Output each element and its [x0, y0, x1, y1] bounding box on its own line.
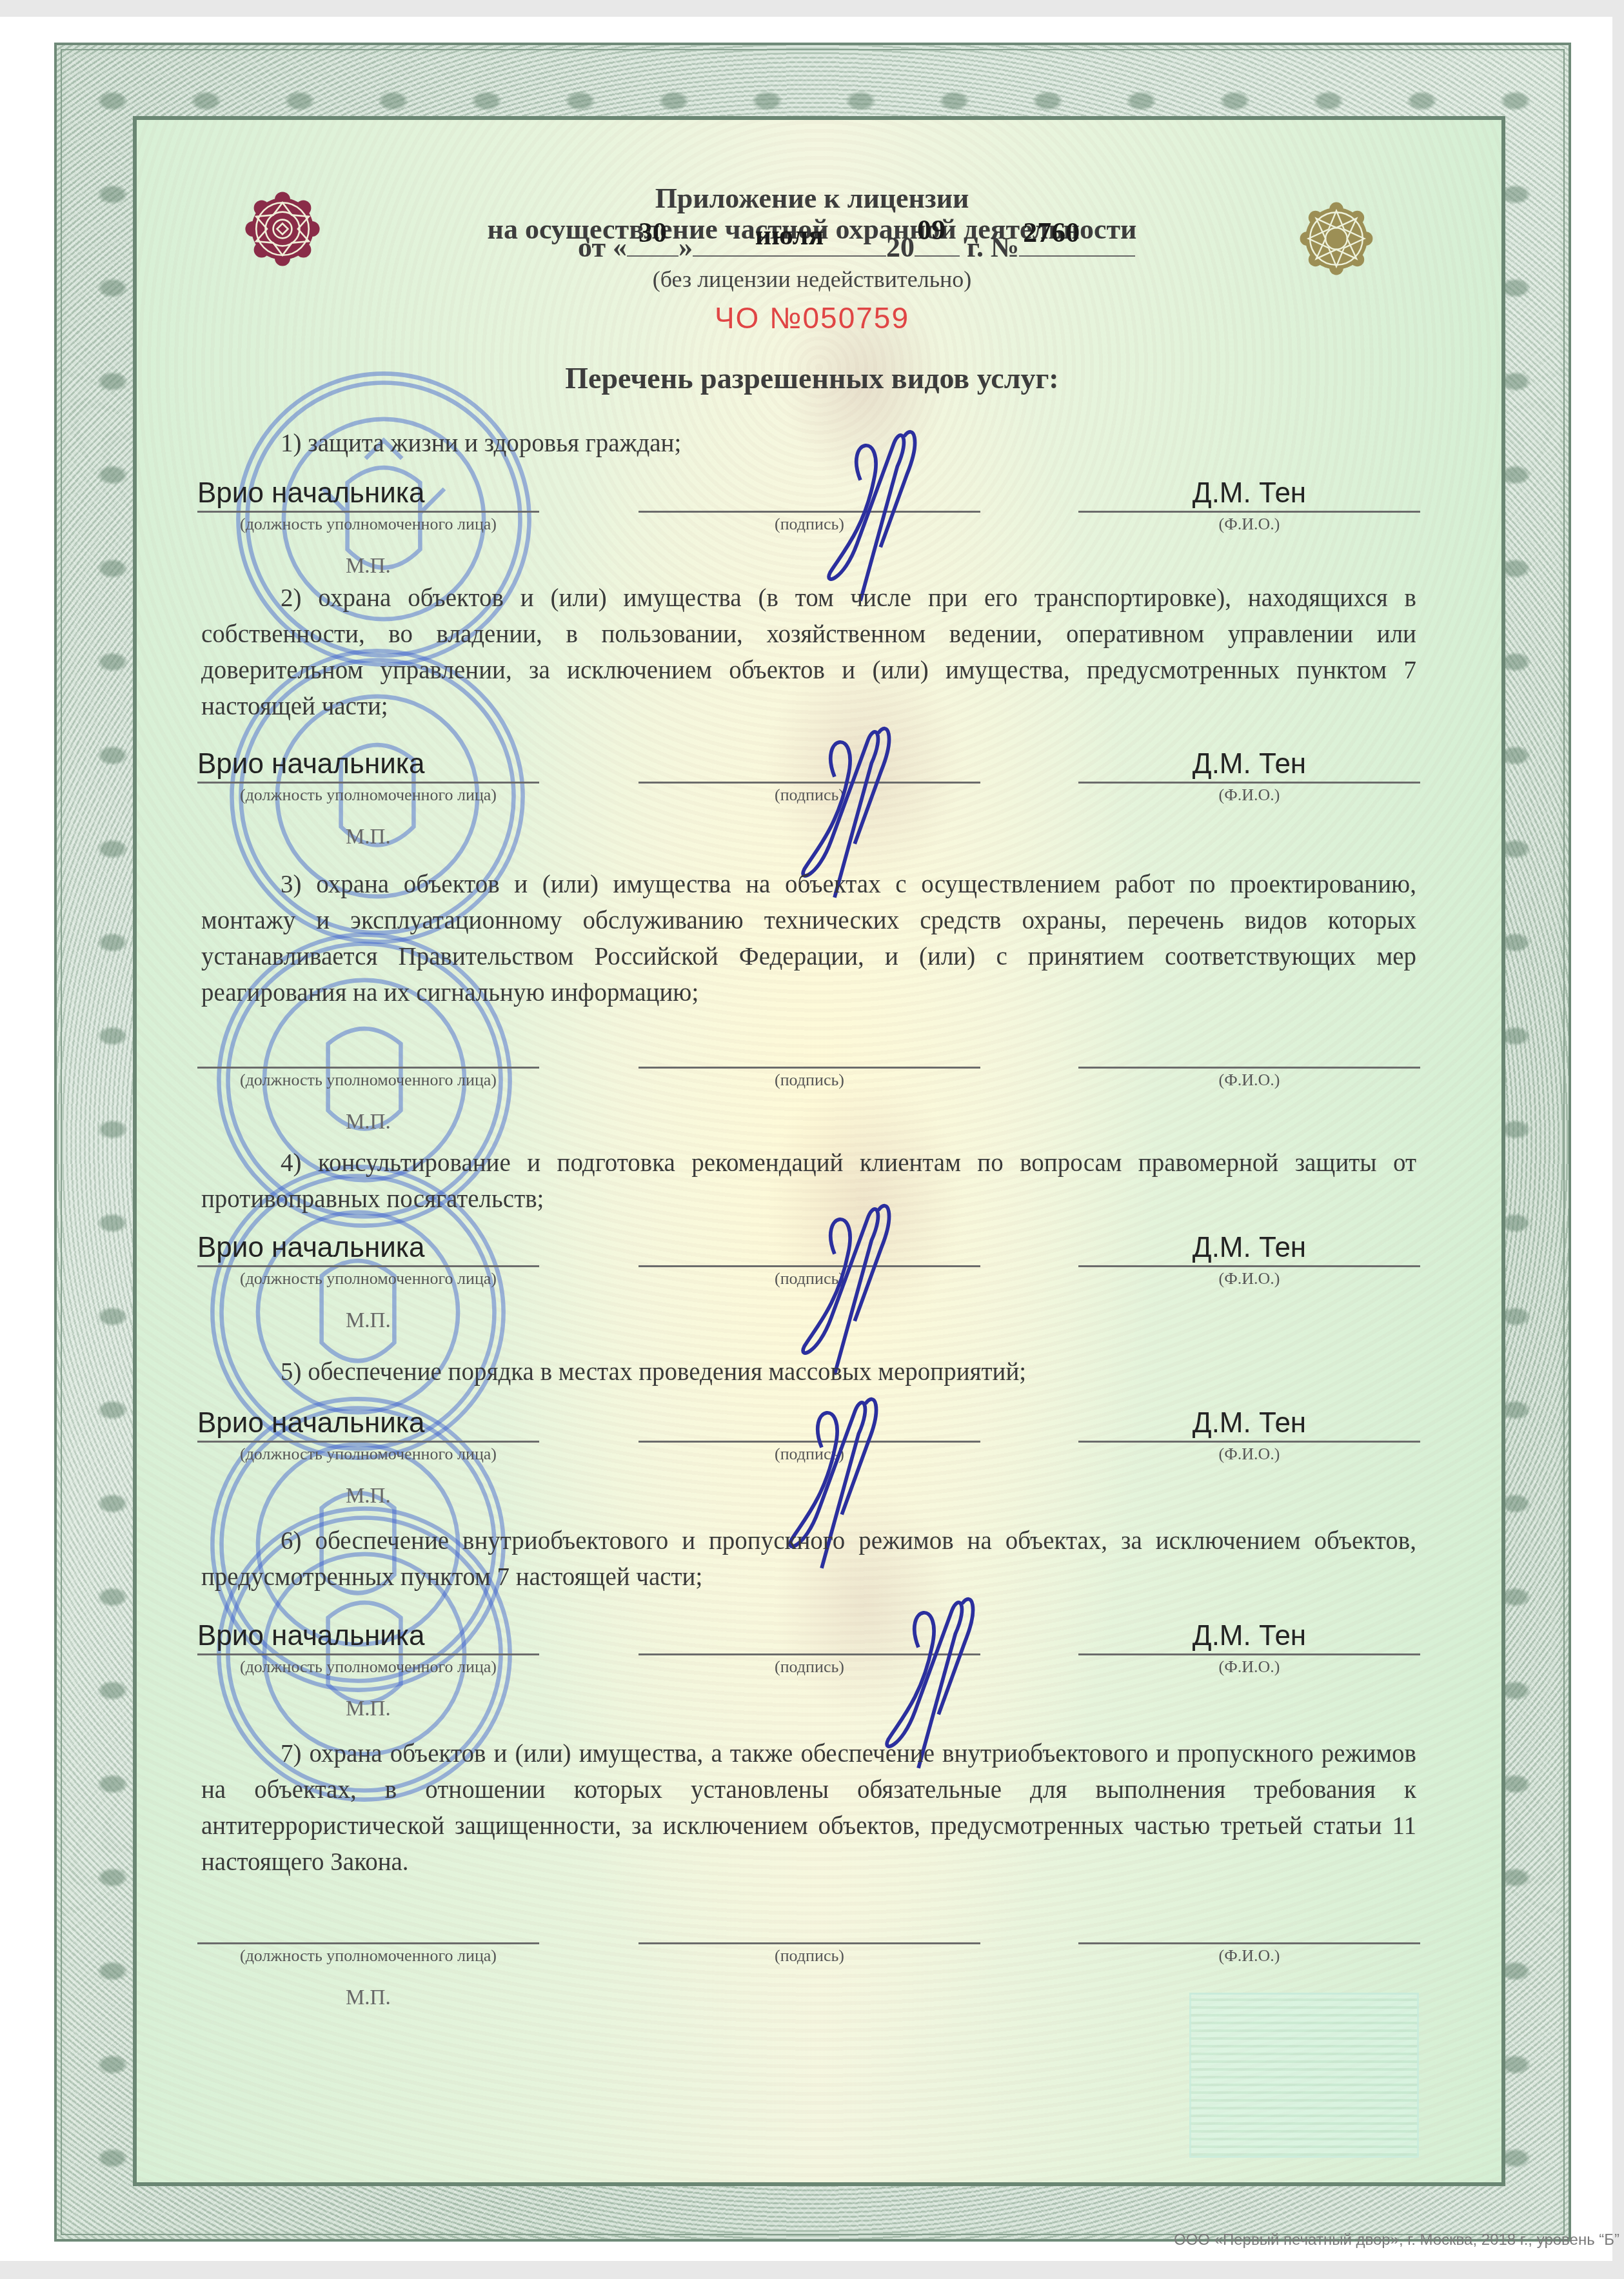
position-caption: (должность уполномоченного лица) — [197, 515, 539, 534]
position-field: (должность уполномоченного лица) — [197, 1028, 539, 1105]
serial-number: ЧО №050759 — [0, 301, 1624, 335]
signature-caption: (подпись) — [639, 1070, 980, 1090]
fio-field: (Ф.И.О.) — [1078, 1028, 1420, 1105]
service-item-7: 7) охрана объектов и (или) имущества, а … — [201, 1736, 1416, 1880]
date-year-prefix: 20 — [886, 232, 915, 263]
position-caption: (должность уполномоченного лица) — [197, 1946, 539, 1966]
service-item-6: 6) обеспечение внутриобъектового и пропу… — [201, 1523, 1416, 1595]
position-value: Врио начальника — [197, 1407, 539, 1439]
fio-field: Д.М. Тен(Ф.И.О.) — [1078, 472, 1420, 549]
fio-value: Д.М. Тен — [1078, 477, 1420, 509]
handwritten-signature-icon — [767, 1187, 935, 1380]
date-month: июля — [693, 219, 886, 252]
number-sign: № — [991, 232, 1019, 263]
service-item-3: 3) охрана объектов и (или) имущества на … — [201, 867, 1416, 1011]
seal-mark: М.П. — [346, 555, 391, 578]
services-list-heading: Перечень разрешенных видов услуг: — [0, 361, 1624, 395]
signature-block-6: Врио начальника(должность уполномоченног… — [197, 1615, 1416, 1692]
fio-caption: (Ф.И.О.) — [1078, 1269, 1420, 1288]
position-field: Врио начальника(должность уполномоченног… — [197, 1615, 539, 1692]
year-unit: г. — [967, 232, 984, 263]
document-title: Приложение к лицензии — [0, 182, 1624, 215]
date-close-quote: » — [678, 232, 693, 263]
fio-caption: (Ф.И.О.) — [1078, 785, 1420, 805]
date-day-field: 30 — [627, 227, 678, 257]
position-value: Врио начальника — [197, 748, 539, 780]
date-month-field: июля — [693, 227, 886, 257]
seal-mark: М.П. — [346, 1697, 391, 1721]
fio-caption: (Ф.И.О.) — [1078, 1070, 1420, 1090]
fio-field: Д.М. Тен(Ф.И.О.) — [1078, 1615, 1420, 1692]
position-caption: (должность уполномоченного лица) — [197, 1269, 539, 1288]
date-year-suffix: 09 — [917, 213, 946, 246]
fio-value: Д.М. Тен — [1078, 748, 1420, 780]
handwritten-signature-icon — [793, 413, 961, 606]
position-caption: (должность уполномоченного лица) — [197, 1070, 539, 1090]
signature-block-7: (должность уполномоченного лица) (подпис… — [197, 1904, 1416, 1981]
fio-field: Д.М. Тен(Ф.И.О.) — [1078, 1227, 1420, 1304]
validity-note: (без лицензии недействительно) — [0, 266, 1624, 293]
seal-mark: М.П. — [346, 1485, 391, 1508]
position-caption: (должность уполномоченного лица) — [197, 1657, 539, 1677]
position-field: Врио начальника(должность уполномоченног… — [197, 743, 539, 820]
position-field: Врио начальника(должность уполномоченног… — [197, 1402, 539, 1479]
fio-field: Д.М. Тен(Ф.И.О.) — [1078, 743, 1420, 820]
fio-value: Д.М. Тен — [1078, 1232, 1420, 1264]
fio-caption: (Ф.И.О.) — [1078, 515, 1420, 534]
date-year-field: 09 — [915, 227, 960, 257]
service-item-2: 2) охрана объектов и (или) имущества (в … — [201, 580, 1416, 725]
position-field: (должность уполномоченного лица) — [197, 1904, 539, 1981]
seal-mark: М.П. — [346, 1309, 391, 1333]
signature-caption: (подпись) — [639, 1946, 980, 1966]
position-field: Врио начальника(должность уполномоченног… — [197, 472, 539, 549]
date-day: 30 — [627, 216, 678, 249]
position-value: Врио начальника — [197, 1620, 539, 1652]
position-value: Врио начальника — [197, 1232, 539, 1264]
fio-caption: (Ф.И.О.) — [1078, 1946, 1420, 1966]
fio-field: Д.М. Тен(Ф.И.О.) — [1078, 1402, 1420, 1479]
seal-mark: М.П. — [346, 825, 391, 849]
position-caption: (должность уполномоченного лица) — [197, 785, 539, 805]
printer-imprint: ООО «Первый печатный двор», г. Москва, 2… — [1174, 2231, 1619, 2249]
signature-block-3: (должность уполномоченного лица) (подпис… — [197, 1028, 1416, 1105]
fio-value: Д.М. Тен — [1078, 1407, 1420, 1439]
fio-caption: (Ф.И.О.) — [1078, 1657, 1420, 1677]
position-value: Врио начальника — [197, 477, 539, 509]
license-date-line: от «30»июля2009 г. №2760 — [578, 227, 1135, 266]
security-watermark-box — [1189, 1993, 1419, 2158]
position-caption: (должность уполномоченного лица) — [197, 1445, 539, 1464]
date-prefix: от « — [578, 232, 627, 263]
fio-value: Д.М. Тен — [1078, 1620, 1420, 1652]
seal-mark: М.П. — [346, 1110, 391, 1134]
seal-mark: М.П. — [346, 1986, 391, 2010]
signature-field: (подпись) — [639, 1904, 980, 1981]
fio-field: (Ф.И.О.) — [1078, 1904, 1420, 1981]
fio-caption: (Ф.И.О.) — [1078, 1445, 1420, 1464]
signature-field: (подпись) — [639, 1028, 980, 1105]
license-number-field: 2760 — [1019, 227, 1135, 257]
position-field: Врио начальника(должность уполномоченног… — [197, 1227, 539, 1304]
license-number: 2760 — [1023, 216, 1135, 249]
